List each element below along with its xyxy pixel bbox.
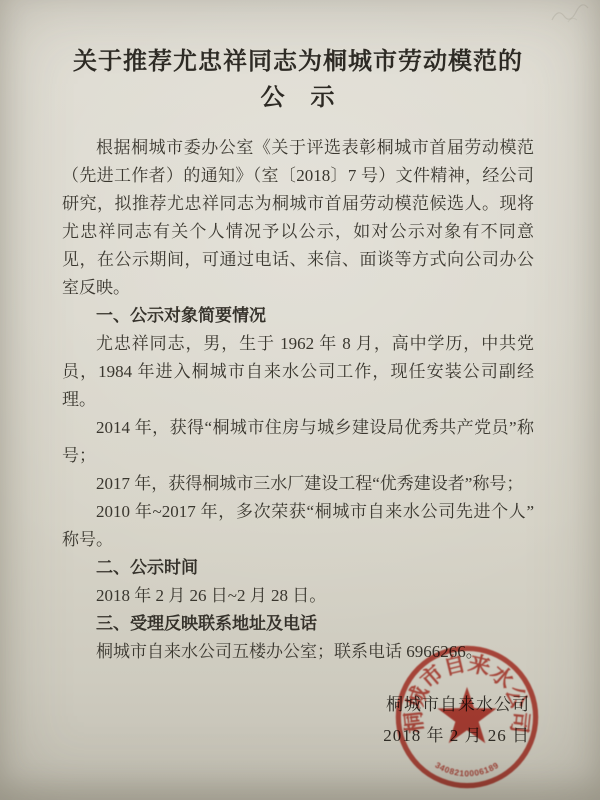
section-heading-3: 三、受理反映联系地址及电话: [62, 610, 534, 638]
paragraph-contact: 桐城市自来水公司五楼办公室；联系电话 6966266。: [62, 638, 534, 666]
signature-company: 桐城市自来水公司: [383, 689, 530, 720]
section-heading-1: 一、公示对象简要情况: [62, 302, 534, 330]
paragraph-award-2017: 2017 年，获得桐城市三水厂建设工程“优秀建设者”称号；: [62, 470, 534, 498]
paragraph-period: 2018 年 2 月 26 日~2 月 28 日。: [62, 582, 534, 610]
document-photo: 关于推荐尤忠祥同志为桐城市劳动模范的 公 示 根据桐城市委办公室《关于评选表彰桐…: [0, 0, 600, 800]
title-line-2: 公 示: [261, 85, 336, 111]
svg-text:3408210006189: 3408210006189: [434, 760, 501, 778]
paragraph-profile: 尤忠祥同志，男，生于 1962 年 8 月，高中学历，中共党员，1984 年进入…: [62, 330, 534, 414]
section-heading-2: 二、公示时间: [62, 554, 534, 582]
paragraph-award-2010s: 2010 年~2017 年，多次荣获“桐城市自来水公司先进个人”称号。: [62, 498, 534, 554]
seal-serial-number: 3408210006189: [434, 760, 501, 778]
title-line-1: 关于推荐尤忠祥同志为桐城市劳动模范的: [73, 49, 523, 75]
page-title: 关于推荐尤忠祥同志为桐城市劳动模范的 公 示: [62, 44, 534, 116]
paragraph-intro: 根据桐城市委办公室《关于评选表彰桐城市首届劳动模范（先进工作者）的通知》（室〔2…: [62, 134, 534, 302]
paragraph-award-2014: 2014 年，获得“桐城市住房与城乡建设局优秀共产党员”称号；: [62, 414, 534, 470]
signature-block: 桐城市自来水公司 2018 年 2 月 26 日: [383, 689, 530, 751]
signature-date: 2018 年 2 月 26 日: [383, 720, 530, 751]
notice-body: 关于推荐尤忠祥同志为桐城市劳动模范的 公 示 根据桐城市委办公室《关于评选表彰桐…: [62, 44, 534, 666]
corner-smudge: [548, 2, 594, 28]
